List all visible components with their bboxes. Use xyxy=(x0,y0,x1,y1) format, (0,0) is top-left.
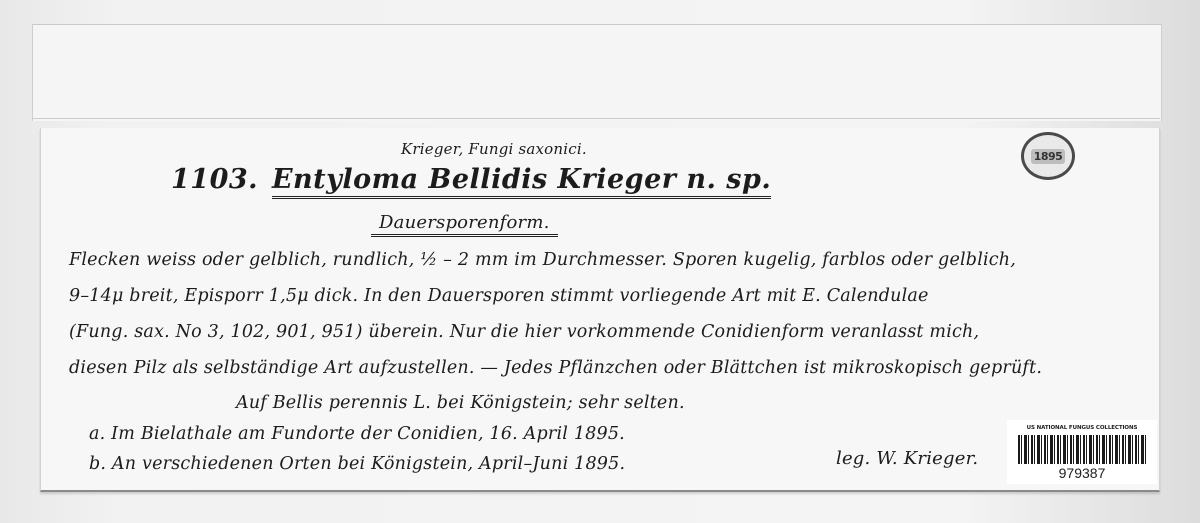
envelope-flap xyxy=(32,24,1162,121)
description-line: diesen Pilz als selbständige Art aufzust… xyxy=(69,358,1042,378)
barcode-collection-name: US NATIONAL FUNGUS COLLECTIONS xyxy=(1027,425,1138,432)
species-heading: 1103. Entyloma Bellidis Krieger n. sp. xyxy=(171,164,771,195)
collector-signature: leg. W. Krieger. xyxy=(836,448,978,469)
description-line: (Fung. sax. No 3, 102, 901, 951) überein… xyxy=(69,322,979,342)
round-ink-stamp-icon: 1895 xyxy=(1021,132,1075,180)
locality-b: b. An verschiedenen Orten bei Königstein… xyxy=(89,454,625,474)
description-line: Flecken weiss oder gelblich, rundlich, ½… xyxy=(69,250,1016,270)
barcode-number: 979387 xyxy=(1059,465,1106,481)
stamp-text: 1895 xyxy=(1031,149,1066,164)
barcode-icon xyxy=(1018,435,1146,464)
exsiccata-number: 1103. xyxy=(171,164,258,195)
specimen-label: Krieger, Fungi saxonici. 1103. Entyloma … xyxy=(40,128,1160,492)
envelope-fold-line xyxy=(32,118,1160,119)
species-name: Entyloma Bellidis Krieger n. sp. xyxy=(272,164,771,199)
exsiccata-series: Krieger, Fungi saxonici. xyxy=(401,140,587,158)
host-plant-line: Auf Bellis perennis L. bei Königstein; s… xyxy=(236,393,685,413)
locality-a: a. Im Bielathale am Fundorte der Conidie… xyxy=(89,424,625,444)
barcode-label: US NATIONAL FUNGUS COLLECTIONS 979387 xyxy=(1007,420,1157,484)
description-line: 9–14μ breit, Episporr 1,5μ dick. In den … xyxy=(69,286,929,306)
spore-form: Dauersporenform. xyxy=(371,212,558,237)
